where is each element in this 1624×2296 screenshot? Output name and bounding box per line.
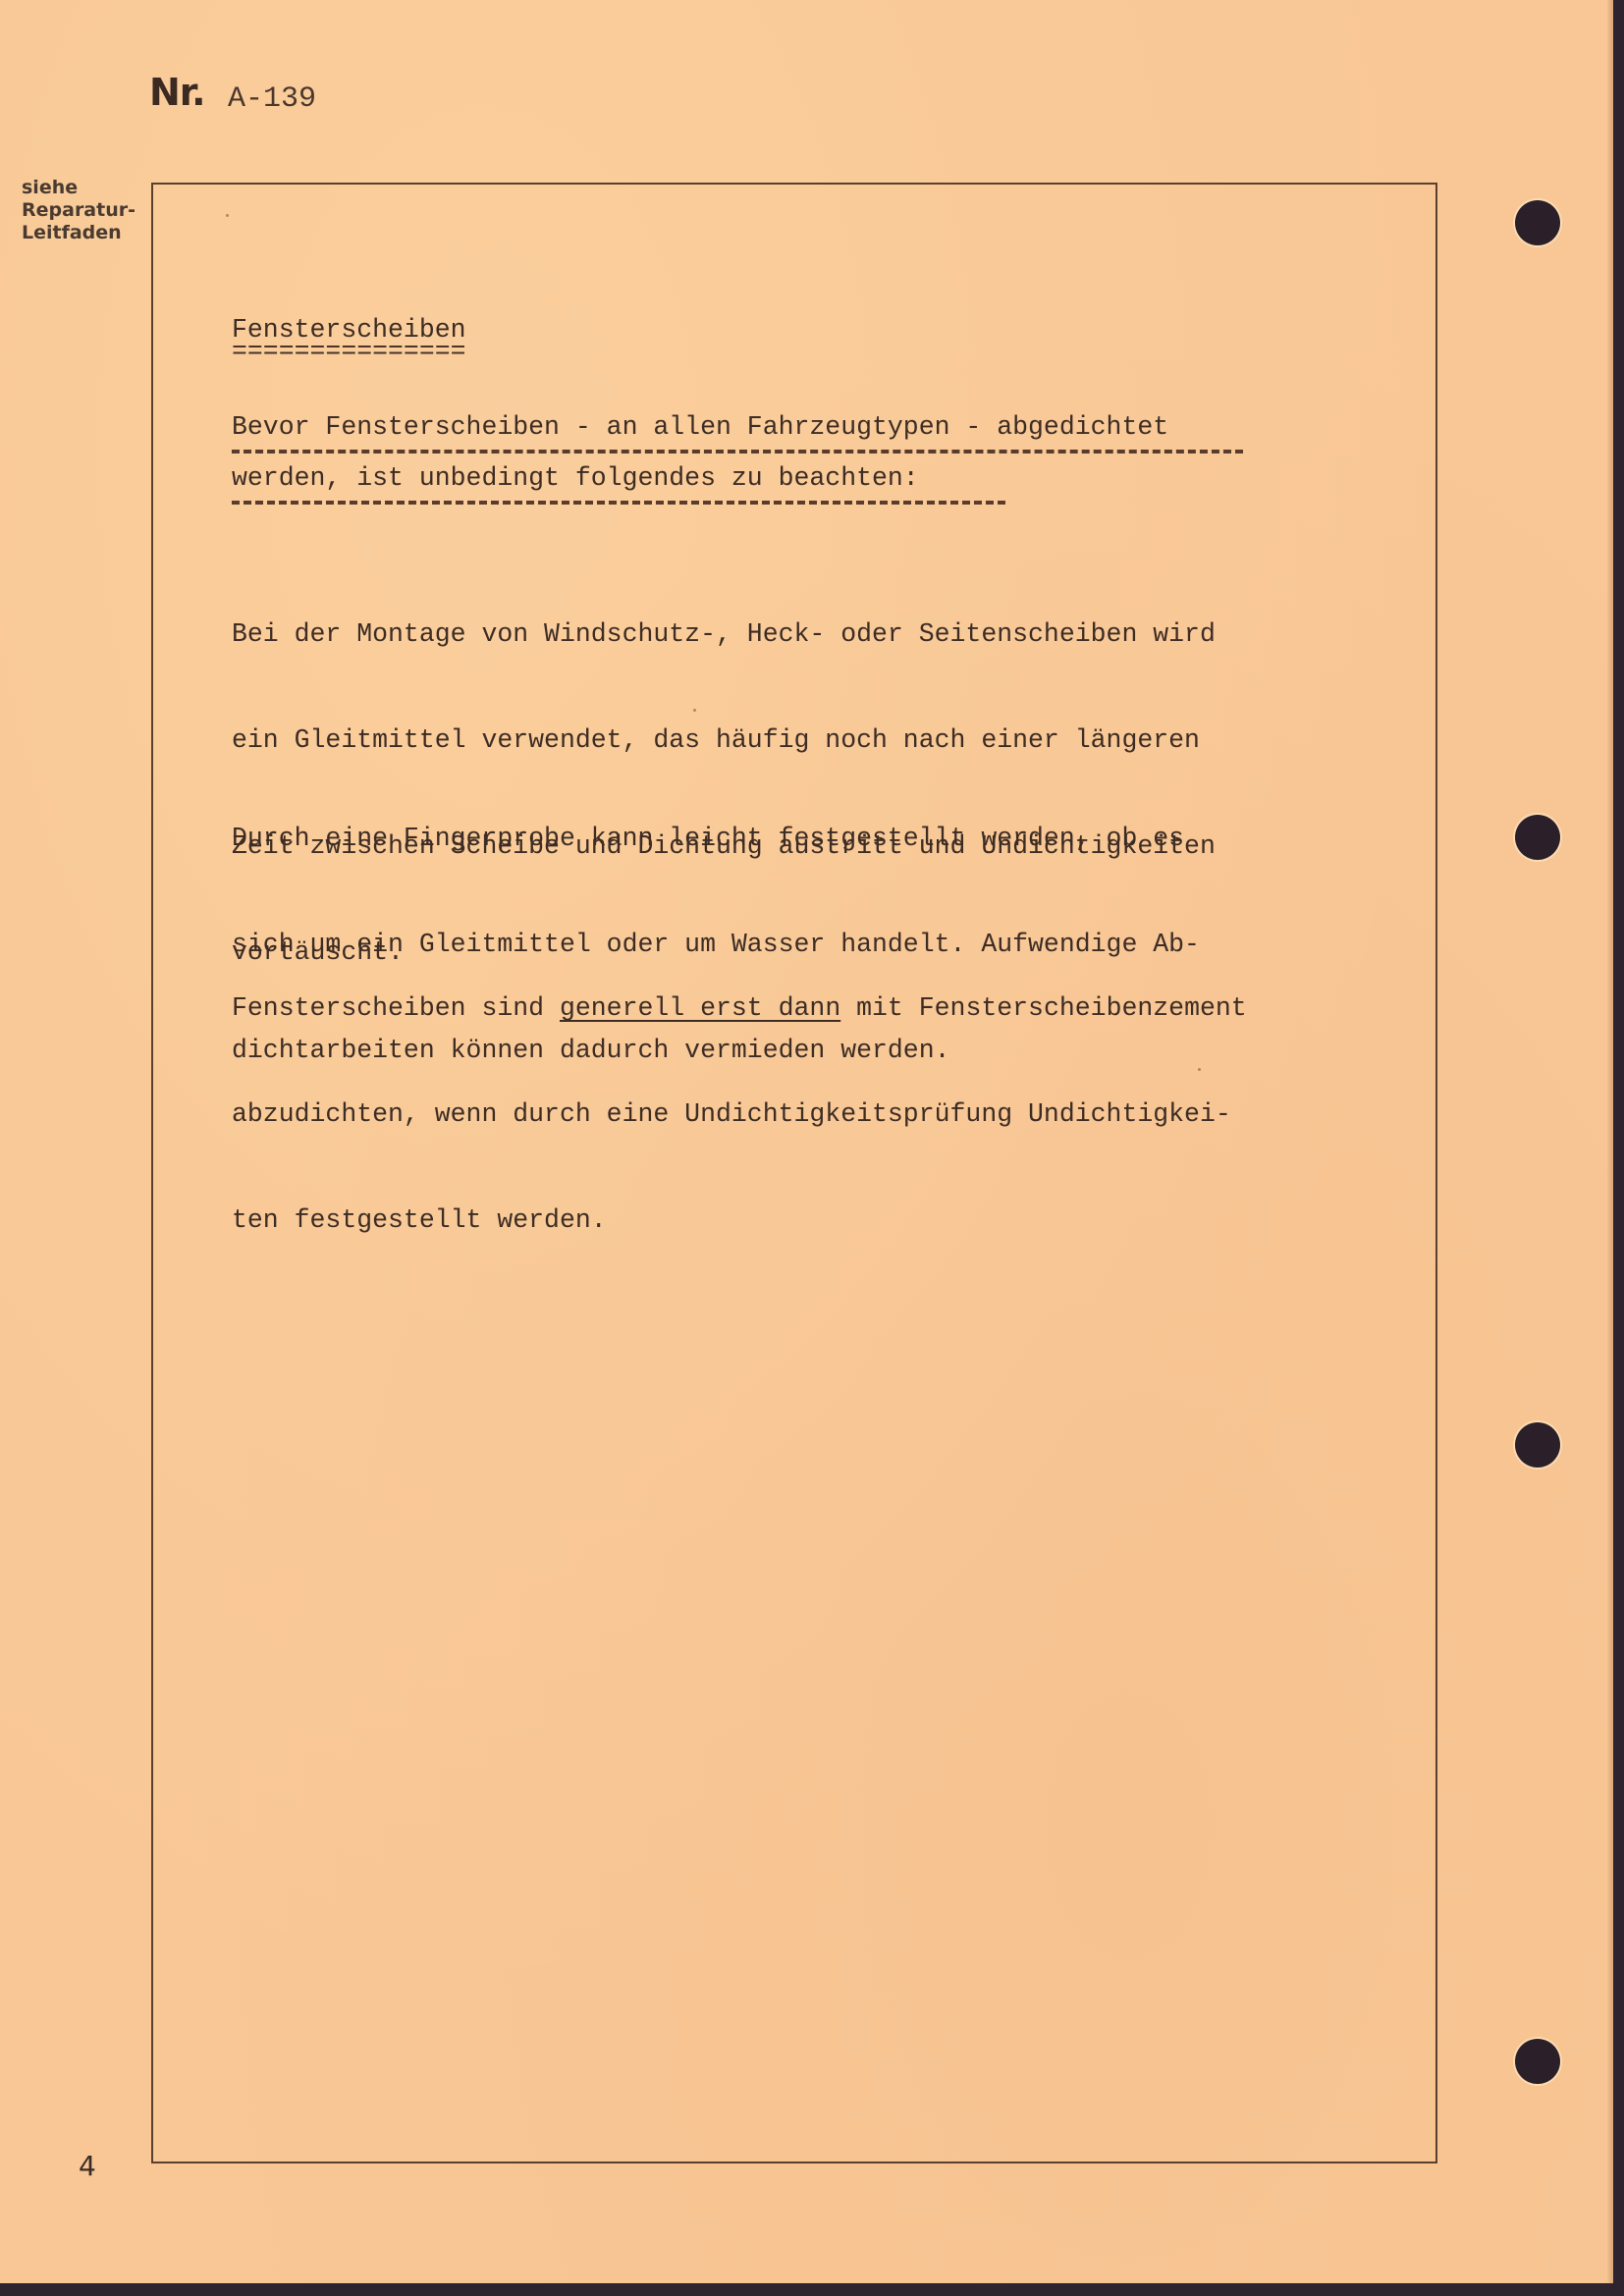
paragraph-line: abzudichten, wenn durch eine Undichtigke…: [232, 1096, 1247, 1132]
margin-note-line: siehe: [22, 177, 135, 199]
paper-speck: [693, 709, 696, 712]
text-run: Fensterscheiben sind: [232, 993, 560, 1023]
paper-speck: [1198, 1068, 1201, 1071]
page-number: 4: [79, 2150, 96, 2182]
paragraph-line: Durch eine Fingerprobe kann leicht festg…: [232, 821, 1200, 856]
document-number: A-139: [228, 82, 316, 116]
punch-hole: [1515, 1422, 1560, 1468]
punch-hole: [1515, 2039, 1560, 2084]
paper-speck: [226, 214, 229, 217]
text-run: mit Fensterscheibenzement: [840, 993, 1246, 1023]
paper-edge: [1607, 0, 1613, 2283]
punch-hole: [1515, 815, 1560, 860]
notice-line: werden, ist unbedingt folgendes zu beach…: [232, 460, 919, 496]
notice-dashed-underline: [232, 450, 1243, 454]
margin-note-line: Reparatur-: [22, 199, 135, 222]
paragraph-line: Fensterscheiben sind generell erst dann …: [232, 990, 1247, 1026]
notice-dashed-underline: [232, 501, 1005, 505]
notice-line: Bevor Fensterscheiben - an allen Fahrzeu…: [232, 409, 1168, 445]
document-number-label: Nr.: [149, 71, 205, 114]
margin-note: siehe Reparatur- Leitfaden: [22, 177, 135, 244]
emphasized-text: generell erst dann: [560, 993, 840, 1023]
paragraph-line: ten festgestellt werden.: [232, 1202, 1247, 1238]
punch-hole: [1515, 200, 1560, 245]
document-page: Nr. A-139 siehe Reparatur- Leitfaden Fen…: [0, 0, 1612, 2283]
paragraph-line: Bei der Montage von Windschutz-, Heck- o…: [232, 616, 1216, 652]
paragraph: Fensterscheiben sind generell erst dann …: [232, 920, 1247, 1308]
title-double-underline: ===============: [232, 345, 466, 358]
margin-note-line: Leitfaden: [22, 222, 135, 244]
